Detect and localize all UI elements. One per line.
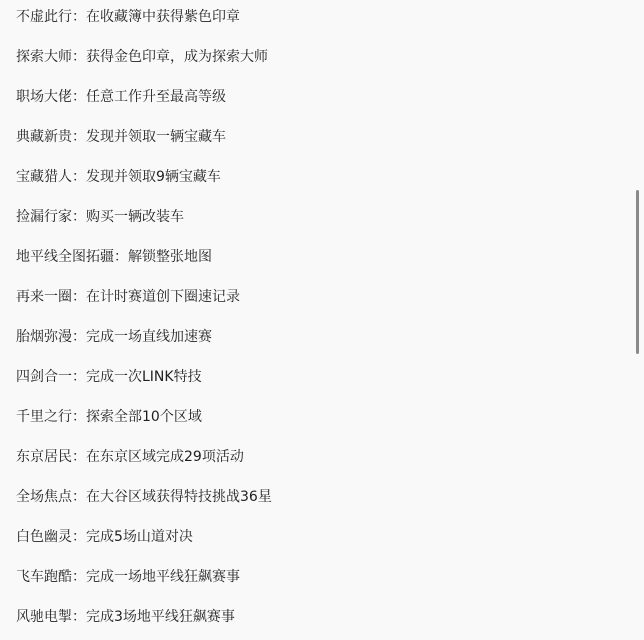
vertical-scrollbar-thumb[interactable] xyxy=(636,190,639,354)
separator: ： xyxy=(72,609,86,625)
achievement-name: 胎烟弥漫 xyxy=(16,329,72,345)
achievement-name: 东京居民 xyxy=(16,449,72,465)
achievement-name: 宝藏猎人 xyxy=(16,169,72,185)
achievement-name: 职场大佬 xyxy=(16,89,72,105)
separator: ： xyxy=(72,9,86,25)
separator: ： xyxy=(72,129,86,145)
achievement-name: 四剑合一 xyxy=(16,369,72,385)
achievement-name: 白色幽灵 xyxy=(16,529,72,545)
achievement-desc: 完成一场直线加速赛 xyxy=(86,329,212,345)
list-item: 宝藏猎人：发现并领取9辆宝藏车 xyxy=(16,167,272,207)
list-item: 白色幽灵：完成5场山道对决 xyxy=(16,527,272,567)
separator: ： xyxy=(72,449,86,465)
list-item: 再来一圈：在计时赛道创下圈速记录 xyxy=(16,287,272,327)
achievement-desc: 发现并领取一辆宝藏车 xyxy=(86,129,226,145)
achievement-desc: 完成一次LINK特技 xyxy=(86,369,202,385)
achievement-name: 地平线全图拓疆 xyxy=(16,249,114,265)
achievement-desc: 购买一辆改装车 xyxy=(86,209,184,225)
separator: ： xyxy=(72,89,86,105)
achievement-desc: 完成5场山道对决 xyxy=(86,529,193,545)
separator: ： xyxy=(114,249,128,265)
list-item: 胎烟弥漫：完成一场直线加速赛 xyxy=(16,327,272,367)
achievement-desc: 获得金色印章，成为探索大师 xyxy=(86,49,268,65)
achievement-desc: 任意工作升至最高等级 xyxy=(86,89,226,105)
separator: ： xyxy=(72,529,86,545)
list-item: 千里之行：探索全部10个区域 xyxy=(16,407,272,447)
achievement-name: 捡漏行家 xyxy=(16,209,72,225)
achievement-desc: 在计时赛道创下圈速记录 xyxy=(86,289,240,305)
achievement-name: 典藏新贵 xyxy=(16,129,72,145)
list-item: 东京居民：在东京区域完成29项活动 xyxy=(16,447,272,487)
achievement-name: 飞车跑酷 xyxy=(16,569,72,585)
achievement-list: 不虚此行：在收藏簿中获得紫色印章 探索大师：获得金色印章，成为探索大师 职场大佬… xyxy=(16,7,272,640)
list-item: 全场焦点：在大谷区域获得特技挑战36星 xyxy=(16,487,272,527)
list-item: 飞车跑酷：完成一场地平线狂飙赛事 xyxy=(16,567,272,607)
achievement-desc: 在大谷区域获得特技挑战36星 xyxy=(86,489,272,505)
achievement-name: 全场焦点 xyxy=(16,489,72,505)
achievement-desc: 解锁整张地图 xyxy=(128,249,212,265)
separator: ： xyxy=(72,329,86,345)
achievement-desc: 完成3场地平线狂飙赛事 xyxy=(86,609,235,625)
list-item: 典藏新贵：发现并领取一辆宝藏车 xyxy=(16,127,272,167)
achievement-desc: 在收藏簿中获得紫色印章 xyxy=(86,9,240,25)
achievement-name: 千里之行 xyxy=(16,409,72,425)
separator: ： xyxy=(72,209,86,225)
achievement-name: 不虚此行 xyxy=(16,9,72,25)
achievement-name: 再来一圈 xyxy=(16,289,72,305)
achievement-desc: 发现并领取9辆宝藏车 xyxy=(86,169,221,185)
achievement-name: 探索大师 xyxy=(16,49,72,65)
separator: ： xyxy=(72,569,86,585)
separator: ： xyxy=(72,49,86,65)
list-item: 四剑合一：完成一次LINK特技 xyxy=(16,367,272,407)
achievement-name: 风驰电掣 xyxy=(16,609,72,625)
achievement-desc: 完成一场地平线狂飙赛事 xyxy=(86,569,240,585)
list-item: 职场大佬：任意工作升至最高等级 xyxy=(16,87,272,127)
separator: ： xyxy=(72,489,86,505)
separator: ： xyxy=(72,289,86,305)
list-item: 地平线全图拓疆：解锁整张地图 xyxy=(16,247,272,287)
achievement-desc: 探索全部10个区域 xyxy=(86,409,202,425)
list-item: 不虚此行：在收藏簿中获得紫色印章 xyxy=(16,7,272,47)
list-item: 风驰电掣：完成3场地平线狂飙赛事 xyxy=(16,607,272,640)
separator: ： xyxy=(72,369,86,385)
list-item: 捡漏行家：购买一辆改装车 xyxy=(16,207,272,247)
list-item: 探索大师：获得金色印章，成为探索大师 xyxy=(16,47,272,87)
achievement-desc: 在东京区域完成29项活动 xyxy=(86,449,244,465)
separator: ： xyxy=(72,169,86,185)
document-page: 不虚此行：在收藏簿中获得紫色印章 探索大师：获得金色印章，成为探索大师 职场大佬… xyxy=(0,0,644,640)
separator: ： xyxy=(72,409,86,425)
